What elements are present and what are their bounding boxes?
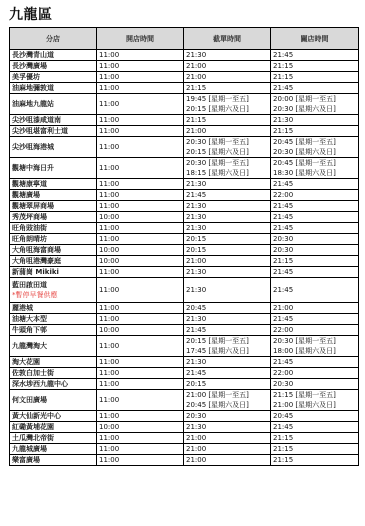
table-row: 旺角朗晴坊11:0020:1520:30 [10, 234, 359, 245]
last-order-cell: 21:00 [184, 455, 271, 466]
close-time-cell: 20:30 [271, 379, 359, 390]
last-order-cell: 21:30 [184, 357, 271, 368]
table-row: 長沙灣廣場11:0021:0021:15 [10, 61, 359, 72]
open-time-cell: 11:00 [97, 61, 184, 72]
close-time-value: 21:15 [273, 61, 358, 71]
table-row: 美孚優坊11:0021:0021:15 [10, 72, 359, 83]
close-time-value: 21:45 [273, 201, 358, 211]
table-row: 尖沙咀海港城11:0020:30 [星期一至五]20:15 [星期六及日]20:… [10, 137, 359, 158]
last-order-value: 20:15 [186, 379, 270, 389]
last-order-cell: 21:30 [184, 223, 271, 234]
open-time-cell: 11:00 [97, 137, 184, 158]
last-order-value: 20:30 [星期一至五] [186, 158, 270, 168]
close-time-cell: 21:45 [271, 83, 359, 94]
last-order-value: 21:30 [186, 314, 270, 324]
close-time-cell: 21:45 [271, 201, 359, 212]
last-order-cell: 21:30 [184, 212, 271, 223]
branch-name: 觀塘中海日升 [12, 163, 96, 173]
open-time-cell: 11:00 [97, 357, 184, 368]
last-order-value: 21:30 [186, 285, 270, 295]
close-time-cell: 21:15 [271, 72, 359, 83]
open-time-cell: 11:00 [97, 115, 184, 126]
branch-name: 尖沙咀堪富利士道 [12, 126, 96, 136]
last-order-value: 21:30 [186, 212, 270, 222]
last-order-value: 21:30 [186, 201, 270, 211]
branch-name: 大角咀海富商場 [12, 245, 96, 255]
table-row: 油塘大本型11:0021:3021:45 [10, 314, 359, 325]
last-order-value: 21:00 [186, 72, 270, 82]
last-order-cell: 21:15 [184, 83, 271, 94]
branch-name-cell: 觀塘康寧道 [10, 179, 97, 190]
last-order-value: 21:15 [186, 115, 270, 125]
last-order-value: 20:30 [星期一至五] [186, 137, 270, 147]
table-row: 九龍灣淘大11:0020:15 [星期一至五]17:45 [星期六及日]20:3… [10, 336, 359, 357]
close-time-value: 21:45 [273, 212, 358, 222]
last-order-value: 21:15 [186, 83, 270, 93]
close-time-value: 21:15 [273, 433, 358, 443]
table-row: 大角咀港灣豪庭10:0021:0021:15 [10, 256, 359, 267]
open-time-cell: 11:00 [97, 190, 184, 201]
branch-name-cell: 佐敦白加士街 [10, 368, 97, 379]
table-header-row: 分店 開店時間 截單時間 關店時間 [10, 28, 359, 50]
open-time-cell: 10:00 [97, 422, 184, 433]
header-branch: 分店 [10, 28, 97, 50]
open-time-cell: 11:00 [97, 455, 184, 466]
last-order-value: 21:30 [186, 50, 270, 60]
open-time-cell: 11:00 [97, 83, 184, 94]
close-time-cell: 20:45 [星期一至五]18:30 [星期六及日] [271, 158, 359, 179]
last-order-value: 21:45 [186, 368, 270, 378]
close-time-cell: 22:00 [271, 190, 359, 201]
table-row: 秀茂坪商場10:0021:3021:45 [10, 212, 359, 223]
branch-name-cell: 尖沙咀漆咸道南 [10, 115, 97, 126]
close-time-value: 21:15 [273, 455, 358, 465]
close-time-cell: 21:15 [271, 455, 359, 466]
branch-name-cell: 淘大花園 [10, 357, 97, 368]
branch-name: 牛頭角下邨 [12, 325, 96, 335]
close-time-cell: 21:15 [271, 433, 359, 444]
close-time-cell: 20:30 [星期一至五]18:00 [星期六及日] [271, 336, 359, 357]
close-time-value: 21:15 [273, 256, 358, 266]
close-time-value: 22:00 [273, 325, 358, 335]
open-time-cell: 11:00 [97, 411, 184, 422]
close-time-cell: 20:30 [271, 234, 359, 245]
branch-name: 旺角豉油街 [12, 223, 96, 233]
close-time-value: 20:30 [273, 245, 358, 255]
branch-name-cell: 九龍灣淘大 [10, 336, 97, 357]
last-order-value: 21:45 [186, 190, 270, 200]
close-time-value: 20:00 [星期一至五] [273, 94, 358, 104]
open-time-cell: 10:00 [97, 212, 184, 223]
close-time-value: 21:45 [273, 314, 358, 324]
close-time-cell: 21:15 [271, 126, 359, 137]
close-time-value: 21:45 [273, 422, 358, 432]
close-time-value: 21:00 [273, 303, 358, 313]
branch-name-cell: 大角咀海富商場 [10, 245, 97, 256]
branch-name: 旺角朗晴坊 [12, 234, 96, 244]
table-row: 紅磡黃埔花園10:0021:3021:45 [10, 422, 359, 433]
table-row: 土瓜灣北帝街11:0021:0021:15 [10, 433, 359, 444]
branch-name: 秀茂坪商場 [12, 212, 96, 222]
open-time-cell: 11:00 [97, 303, 184, 314]
last-order-cell: 20:45 [184, 303, 271, 314]
table-row: 黃大仙新光中心11:0020:3020:45 [10, 411, 359, 422]
last-order-cell: 21:30 [184, 267, 271, 278]
open-time-cell: 11:00 [97, 444, 184, 455]
branch-name: 九龍灣淘大 [12, 341, 96, 351]
close-time-value: 20:45 [星期一至五] [273, 158, 358, 168]
branch-name: 何文田廣場 [12, 395, 96, 405]
branch-name-cell: 油麻地彌敦道 [10, 83, 97, 94]
table-row: 新蒲崗 Mikiki11:0021:3021:45 [10, 267, 359, 278]
last-order-value: 19:45 [星期一至五] [186, 94, 270, 104]
close-time-value: 20:30 [273, 234, 358, 244]
open-time-cell: 11:00 [97, 179, 184, 190]
table-row: 樂富廣場11:0021:0021:15 [10, 455, 359, 466]
last-order-value: 20:15 [186, 245, 270, 255]
branch-name: 觀塘康寧道 [12, 179, 96, 189]
last-order-cell: 21:45 [184, 368, 271, 379]
branch-name-cell: 油麻地九龍站 [10, 94, 97, 115]
open-time-cell: 10:00 [97, 256, 184, 267]
last-order-value: 21:00 [186, 444, 270, 454]
table-row: 佐敦白加士街11:0021:4522:00 [10, 368, 359, 379]
open-time-cell: 11:00 [97, 336, 184, 357]
table-body: 長沙灣青山道11:0021:3021:45長沙灣廣場11:0021:0021:1… [10, 50, 359, 466]
last-order-cell: 21:00 [星期一至五]20:45 [星期六及日] [184, 390, 271, 411]
close-time-value: 20:45 [273, 411, 358, 421]
open-time-cell: 11:00 [97, 368, 184, 379]
branch-name-cell: 旺角朗晴坊 [10, 234, 97, 245]
close-time-value: 21:15 [273, 126, 358, 136]
branch-name: 觀塘翠屏商場 [12, 201, 96, 211]
table-row: 深水埗西九龍中心11:0020:1520:30 [10, 379, 359, 390]
branch-name-cell: 牛頭角下邨 [10, 325, 97, 336]
branch-name: 土瓜灣北帝街 [12, 433, 96, 443]
close-time-value: 20:30 [星期六及日] [273, 147, 358, 157]
close-time-cell: 21:45 [271, 212, 359, 223]
table-row: 旺角豉油街11:0021:3021:45 [10, 223, 359, 234]
branch-name-cell: 觀塘中海日升 [10, 158, 97, 179]
branch-name: 九龍城廣場 [12, 444, 96, 454]
store-hours-table: 分店 開店時間 截單時間 關店時間 長沙灣青山道11:0021:3021:45長… [9, 27, 359, 466]
last-order-cell: 21:15 [184, 115, 271, 126]
table-row: 大角咀海富商場10:0020:1520:30 [10, 245, 359, 256]
open-time-cell: 11:00 [97, 94, 184, 115]
table-row: 觀塘中海日升11:0020:30 [星期一至五]18:15 [星期六及日]20:… [10, 158, 359, 179]
last-order-value: 21:45 [186, 325, 270, 335]
last-order-value: 21:00 [186, 61, 270, 71]
last-order-cell: 21:45 [184, 190, 271, 201]
close-time-cell: 21:15 [271, 256, 359, 267]
branch-name: 尖沙咀海港城 [12, 142, 96, 152]
branch-name-cell: 樂富廣場 [10, 455, 97, 466]
last-order-value: 21:00 [186, 256, 270, 266]
page-title: 九龍區 [9, 4, 53, 24]
last-order-cell: 21:00 [184, 72, 271, 83]
open-time-cell: 11:00 [97, 126, 184, 137]
last-order-value: 21:00 [186, 126, 270, 136]
close-time-value: 20:30 [星期六及日] [273, 104, 358, 114]
branch-name-cell: 麗港城 [10, 303, 97, 314]
last-order-cell: 21:45 [184, 325, 271, 336]
branch-name: 尖沙咀漆咸道南 [12, 115, 96, 125]
close-time-cell: 21:00 [271, 303, 359, 314]
table-row: 觀塘翠屏商場11:0021:3021:45 [10, 201, 359, 212]
table-row: 牛頭角下邨10:0021:4522:00 [10, 325, 359, 336]
close-time-value: 21:45 [273, 179, 358, 189]
last-order-value: 21:30 [186, 422, 270, 432]
close-time-value: 21:45 [273, 83, 358, 93]
branch-name-cell: 藍田啟田道*暫停早餐供應 [10, 278, 97, 303]
branch-name-cell: 旺角豉油街 [10, 223, 97, 234]
last-order-cell: 21:00 [184, 61, 271, 72]
branch-name-cell: 深水埗西九龍中心 [10, 379, 97, 390]
last-order-value: 21:30 [186, 179, 270, 189]
open-time-cell: 11:00 [97, 201, 184, 212]
open-time-cell: 11:00 [97, 267, 184, 278]
branch-name: 佐敦白加士街 [12, 368, 96, 378]
close-time-cell: 20:45 [271, 411, 359, 422]
last-order-value: 20:45 [186, 303, 270, 313]
branch-name-cell: 尖沙咀堪富利士道 [10, 126, 97, 137]
table-row: 觀塘康寧道11:0021:3021:45 [10, 179, 359, 190]
close-time-cell: 21:45 [271, 179, 359, 190]
close-time-value: 21:15 [273, 72, 358, 82]
branch-name-cell: 新蒲崗 Mikiki [10, 267, 97, 278]
table-row: 藍田啟田道*暫停早餐供應11:0021:3021:45 [10, 278, 359, 303]
table-row: 長沙灣青山道11:0021:3021:45 [10, 50, 359, 61]
last-order-cell: 21:30 [184, 201, 271, 212]
table-row: 淘大花園11:0021:3021:45 [10, 357, 359, 368]
last-order-value: 18:15 [星期六及日] [186, 168, 270, 178]
close-time-value: 21:15 [星期一至五] [273, 390, 358, 400]
table-row: 麗港城11:0020:4521:00 [10, 303, 359, 314]
close-time-value: 20:45 [星期一至五] [273, 137, 358, 147]
close-time-cell: 21:15 [271, 444, 359, 455]
close-time-value: 18:30 [星期六及日] [273, 168, 358, 178]
last-order-value: 20:30 [186, 411, 270, 421]
branch-name: 油塘大本型 [12, 314, 96, 324]
close-time-cell: 22:00 [271, 368, 359, 379]
branch-name: 新蒲崗 Mikiki [12, 267, 96, 277]
last-order-cell: 20:30 [184, 411, 271, 422]
last-order-value: 17:45 [星期六及日] [186, 346, 270, 356]
last-order-cell: 21:00 [184, 444, 271, 455]
table-row: 尖沙咀堪富利士道11:0021:0021:15 [10, 126, 359, 137]
close-time-cell: 21:45 [271, 278, 359, 303]
open-time-cell: 11:00 [97, 379, 184, 390]
close-time-value: 18:00 [星期六及日] [273, 346, 358, 356]
close-time-value: 22:00 [273, 368, 358, 378]
branch-name-cell: 大角咀港灣豪庭 [10, 256, 97, 267]
branch-name-cell: 黃大仙新光中心 [10, 411, 97, 422]
close-time-value: 22:00 [273, 190, 358, 200]
open-time-cell: 10:00 [97, 325, 184, 336]
branch-name: 黃大仙新光中心 [12, 411, 96, 421]
close-time-value: 21:45 [273, 50, 358, 60]
header-close-time: 關店時間 [271, 28, 359, 50]
close-time-value: 21:15 [273, 444, 358, 454]
open-time-cell: 11:00 [97, 278, 184, 303]
last-order-value: 21:30 [186, 267, 270, 277]
last-order-cell: 21:30 [184, 422, 271, 433]
branch-name: 紅磡黃埔花園 [12, 422, 96, 432]
last-order-value: 20:15 [星期六及日] [186, 147, 270, 157]
last-order-value: 21:00 [星期一至五] [186, 390, 270, 400]
close-time-cell: 21:15 [星期一至五]21:00 [星期六及日] [271, 390, 359, 411]
last-order-cell: 19:45 [星期一至五]20:15 [星期六及日] [184, 94, 271, 115]
close-time-cell: 20:00 [星期一至五]20:30 [星期六及日] [271, 94, 359, 115]
close-time-cell: 21:45 [271, 314, 359, 325]
close-time-value: 21:00 [星期六及日] [273, 400, 358, 410]
close-time-value: 21:45 [273, 267, 358, 277]
last-order-value: 21:30 [186, 223, 270, 233]
branch-name-cell: 土瓜灣北帝街 [10, 433, 97, 444]
table-row: 何文田廣場11:0021:00 [星期一至五]20:45 [星期六及日]21:1… [10, 390, 359, 411]
last-order-cell: 20:30 [星期一至五]18:15 [星期六及日] [184, 158, 271, 179]
last-order-value: 21:00 [186, 433, 270, 443]
close-time-cell: 21:45 [271, 223, 359, 234]
branch-name-cell: 何文田廣場 [10, 390, 97, 411]
branch-name-cell: 長沙灣青山道 [10, 50, 97, 61]
branch-name: 深水埗西九龍中心 [12, 379, 96, 389]
close-time-cell: 20:30 [271, 245, 359, 256]
open-time-cell: 10:00 [97, 245, 184, 256]
branch-name: 長沙灣青山道 [12, 50, 96, 60]
open-time-cell: 11:00 [97, 72, 184, 83]
open-time-cell: 11:00 [97, 50, 184, 61]
table-row: 觀塘廣場11:0021:4522:00 [10, 190, 359, 201]
open-time-cell: 11:00 [97, 223, 184, 234]
branch-name-cell: 紅磡黃埔花園 [10, 422, 97, 433]
close-time-cell: 21:45 [271, 357, 359, 368]
last-order-cell: 20:15 [184, 234, 271, 245]
branch-name: 油麻地彌敦道 [12, 83, 96, 93]
branch-name-cell: 九龍城廣場 [10, 444, 97, 455]
branch-name-cell: 油塘大本型 [10, 314, 97, 325]
branch-name: 藍田啟田道 [12, 280, 96, 290]
table-row: 九龍城廣場11:0021:0021:15 [10, 444, 359, 455]
branch-name-cell: 觀塘翠屏商場 [10, 201, 97, 212]
header-last-order: 截單時間 [184, 28, 271, 50]
open-time-cell: 11:00 [97, 433, 184, 444]
last-order-cell: 21:30 [184, 314, 271, 325]
close-time-value: 21:45 [273, 223, 358, 233]
last-order-cell: 21:00 [184, 126, 271, 137]
close-time-value: 20:30 [星期一至五] [273, 336, 358, 346]
branch-name: 油麻地九龍站 [12, 99, 96, 109]
table-row: 尖沙咀漆咸道南11:0021:1521:30 [10, 115, 359, 126]
close-time-cell: 21:45 [271, 267, 359, 278]
close-time-cell: 21:30 [271, 115, 359, 126]
last-order-cell: 20:15 [184, 379, 271, 390]
close-time-value: 21:30 [273, 115, 358, 125]
branch-name: 美孚優坊 [12, 72, 96, 82]
branch-name: 觀塘廣場 [12, 190, 96, 200]
last-order-value: 21:30 [186, 357, 270, 367]
close-time-cell: 21:15 [271, 61, 359, 72]
open-time-cell: 11:00 [97, 234, 184, 245]
last-order-value: 20:15 [星期一至五] [186, 336, 270, 346]
table-row: 油麻地彌敦道11:0021:1521:45 [10, 83, 359, 94]
last-order-value: 20:15 [186, 234, 270, 244]
close-time-cell: 20:45 [星期一至五]20:30 [星期六及日] [271, 137, 359, 158]
last-order-cell: 20:15 [184, 245, 271, 256]
branch-name-cell: 觀塘廣場 [10, 190, 97, 201]
last-order-cell: 21:30 [184, 278, 271, 303]
branch-name: 樂富廣場 [12, 455, 96, 465]
open-time-cell: 11:00 [97, 390, 184, 411]
branch-name: 長沙灣廣場 [12, 61, 96, 71]
close-time-cell: 21:45 [271, 50, 359, 61]
last-order-value: 20:45 [星期六及日] [186, 400, 270, 410]
last-order-cell: 21:30 [184, 179, 271, 190]
open-time-cell: 11:00 [97, 158, 184, 179]
close-time-cell: 22:00 [271, 325, 359, 336]
branch-name: 淘大花園 [12, 357, 96, 367]
last-order-value: 20:15 [星期六及日] [186, 104, 270, 114]
branch-name-cell: 美孚優坊 [10, 72, 97, 83]
close-time-cell: 21:45 [271, 422, 359, 433]
branch-name-cell: 長沙灣廣場 [10, 61, 97, 72]
last-order-value: 21:00 [186, 455, 270, 465]
last-order-cell: 21:00 [184, 433, 271, 444]
close-time-value: 20:30 [273, 379, 358, 389]
close-time-value: 21:45 [273, 357, 358, 367]
last-order-cell: 21:00 [184, 256, 271, 267]
branch-name: 麗港城 [12, 303, 96, 313]
branch-name: 大角咀港灣豪庭 [12, 256, 96, 266]
table-row: 油麻地九龍站11:0019:45 [星期一至五]20:15 [星期六及日]20:… [10, 94, 359, 115]
last-order-cell: 21:30 [184, 50, 271, 61]
header-open-time: 開店時間 [97, 28, 184, 50]
branch-name-cell: 尖沙咀海港城 [10, 137, 97, 158]
open-time-cell: 11:00 [97, 314, 184, 325]
branch-note: *暫停早餐供應 [12, 290, 96, 300]
branch-name-cell: 秀茂坪商場 [10, 212, 97, 223]
last-order-cell: 20:15 [星期一至五]17:45 [星期六及日] [184, 336, 271, 357]
last-order-cell: 20:30 [星期一至五]20:15 [星期六及日] [184, 137, 271, 158]
close-time-value: 21:45 [273, 285, 358, 295]
